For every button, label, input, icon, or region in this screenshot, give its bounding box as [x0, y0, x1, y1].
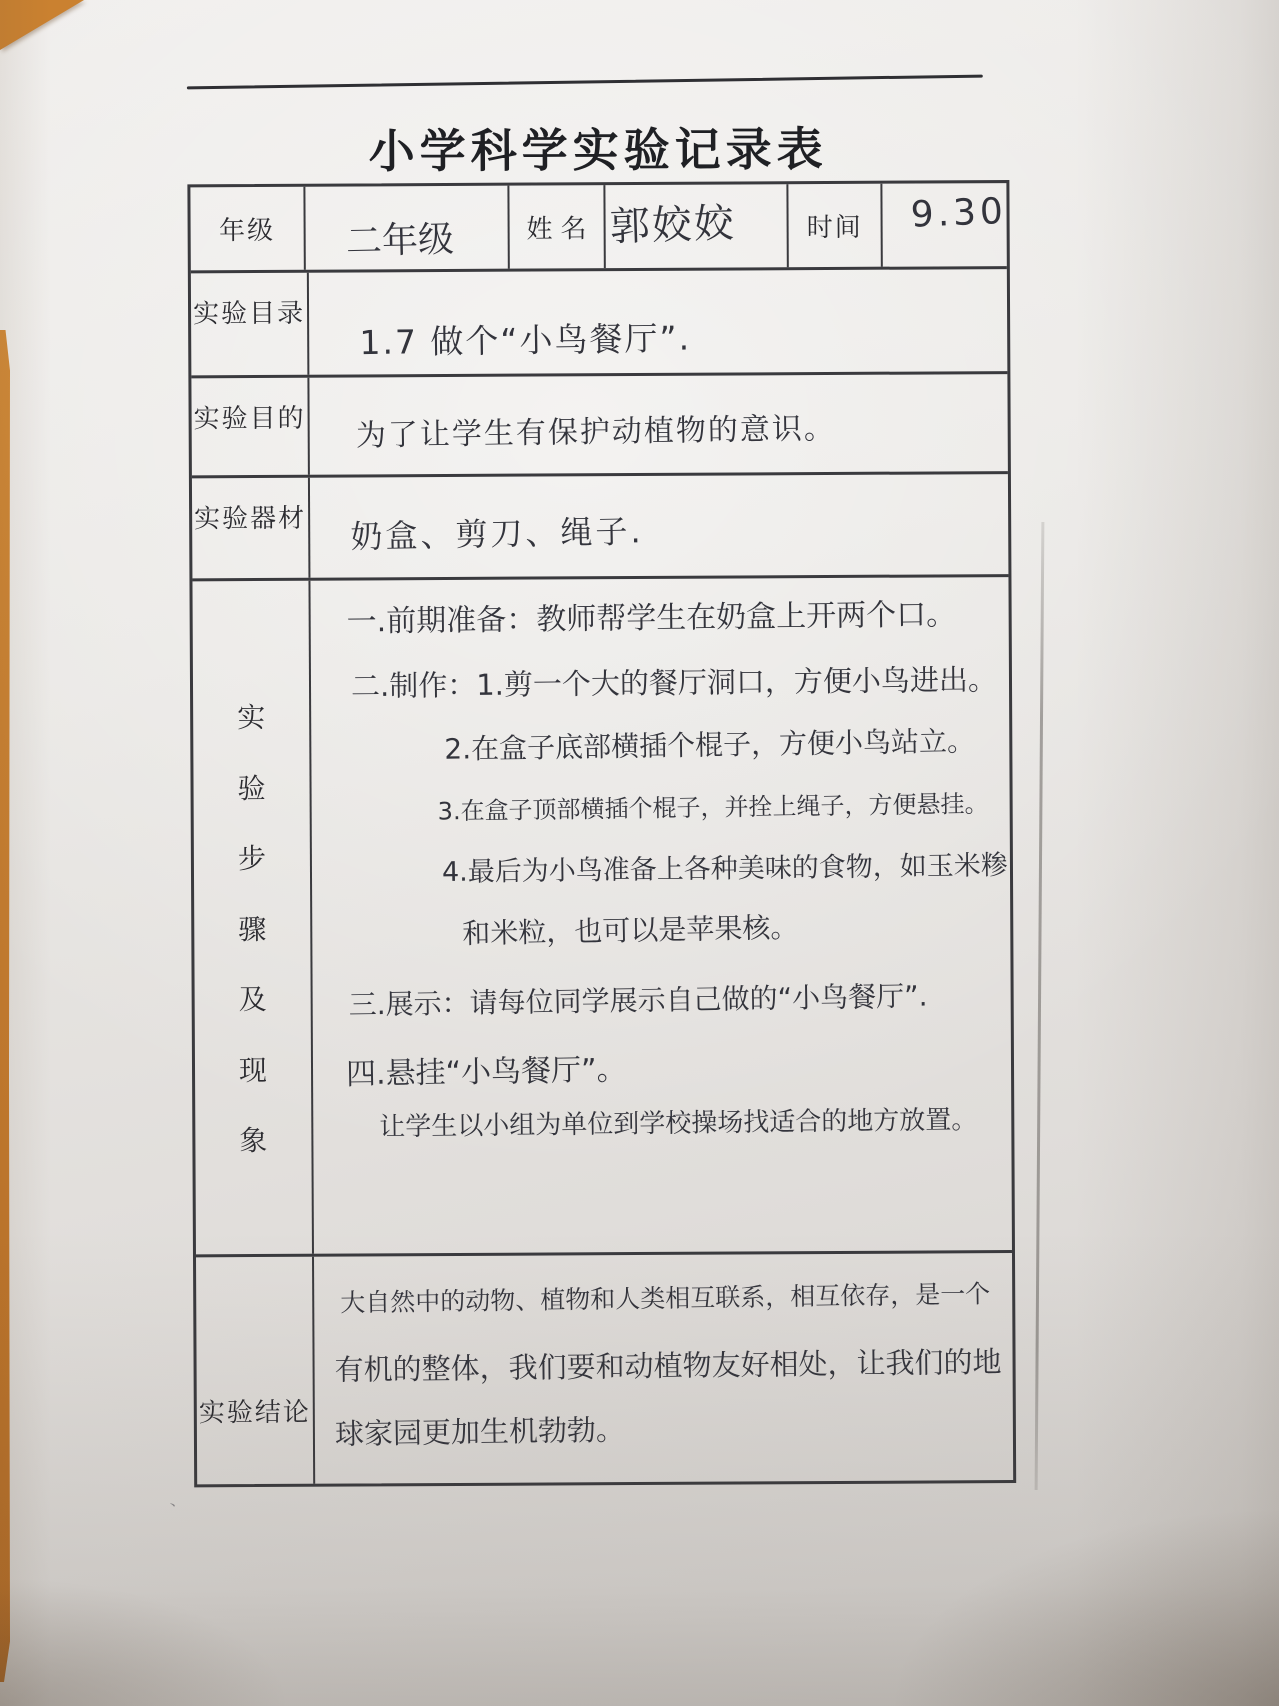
step-line: 4.最后为小鸟准备上各种美味的食物，如玉米糁 [442, 849, 1008, 890]
steps-label-char: 步 [238, 837, 266, 877]
time-value-cell: 9.30 [882, 183, 1007, 267]
conclusion-line: 有机的整体，我们要和动植物友好相处，让我们的地 [334, 1344, 1001, 1390]
steps-content-cell: 一.前期准备：教师帮学生在奶盒上开两个口。 二.制作：1.剪一个大的餐厅洞口，方… [310, 577, 1012, 1254]
conclusion-label-cell: 实验结论 [196, 1257, 315, 1485]
step-line: 让学生以小组为单位到学校操场找适合的地方放置。 [379, 1104, 977, 1144]
materials-value-cell: 奶盒、剪刀、绳子. [310, 474, 1009, 578]
materials-label-cell: 实验器材 [192, 478, 311, 579]
conclusion-line: 大自然中的动物、植物和人类相互联系，相互依存，是一个 [340, 1278, 990, 1320]
grade-label-cell: 年级 [190, 187, 305, 271]
conclusion-row: 实验结论 大自然中的动物、植物和人类相互联系，相互依存，是一个 有机的整体，我们… [196, 1253, 1013, 1484]
steps-label-char: 实 [237, 696, 265, 736]
name-label-cell: 姓名 [510, 185, 606, 268]
purpose-handwritten-value: 为了让学生有保护动植物的意识。 [309, 370, 1008, 455]
conclusion-line: 球家园更加生机勃勃。 [335, 1412, 626, 1454]
grade-value-cell: 二年级 [305, 186, 510, 270]
steps-label-cell: 实 验 步 骤 及 现 象 [192, 581, 314, 1255]
info-row: 年级 二年级 姓名 郭姣姣 时间 9.30 [190, 183, 1006, 273]
name-handwritten-value: 郭姣姣 [604, 182, 788, 253]
grade-handwritten-value: 二年级 [305, 184, 509, 266]
ink-smudge: 、 [166, 1485, 187, 1511]
page-title: 小学科学实验记录表 [187, 112, 1009, 182]
steps-row: 实 验 步 骤 及 现 象 一.前期准备：教师帮学生在奶盒上开两个口。 二.制作… [192, 577, 1012, 1257]
step-line: 一.前期准备：教师帮学生在奶盒上开两个口。 [346, 596, 956, 641]
catalog-value-cell: 1.7 做个“小鸟餐厅”. [309, 269, 1008, 375]
step-line: 四.悬挂“小鸟餐厅”。 [346, 1051, 627, 1093]
time-handwritten-value: 9.30 [881, 181, 1007, 237]
steps-label-char: 骤 [238, 907, 266, 947]
top-rule-line [187, 75, 983, 90]
step-line: 3.在盒子顶部横插个棍子，并拴上绳子，方便悬挂。 [437, 789, 988, 827]
steps-label-char: 象 [239, 1119, 267, 1159]
purpose-row: 实验目的 为了让学生有保护动植物的意识。 [191, 374, 1008, 478]
document-page: 小学科学实验记录表 年级 二年级 姓名 郭姣姣 时间 9.30 实验目录 1.7… [0, 0, 1279, 1706]
conclusion-content-cell: 大自然中的动物、植物和人类相互联系，相互依存，是一个 有机的整体，我们要和动植物… [314, 1253, 1013, 1484]
steps-label-char: 验 [237, 766, 265, 806]
step-line: 和米粒，也可以是苹果核。 [462, 910, 799, 951]
catalog-row: 实验目录 1.7 做个“小鸟餐厅”. [191, 269, 1008, 378]
steps-label-char: 现 [239, 1048, 267, 1088]
materials-row: 实验器材 奶盒、剪刀、绳子. [192, 474, 1009, 581]
purpose-value-cell: 为了让学生有保护动植物的意识。 [309, 374, 1007, 475]
materials-handwritten-value: 奶盒、剪刀、绳子. [309, 469, 1008, 558]
steps-label-char: 及 [239, 978, 267, 1018]
record-table: 年级 二年级 姓名 郭姣姣 时间 9.30 实验目录 1.7 做个“小鸟餐厅”.… [187, 180, 1016, 1487]
purpose-label-cell: 实验目的 [191, 378, 310, 476]
catalog-label-cell: 实验目录 [191, 273, 310, 376]
catalog-handwritten-value: 1.7 做个“小鸟餐厅”. [308, 266, 1007, 365]
step-line: 三.展示：请每位同学展示自己做的“小鸟餐厅”. [348, 978, 927, 1022]
time-label-cell: 时间 [789, 184, 883, 267]
name-value-cell: 郭姣姣 [605, 184, 789, 268]
step-line: 二.制作：1.剪一个大的餐厅洞口，方便小鸟进出。 [351, 661, 997, 704]
step-line: 2.在盒子底部横插个棍子，方便小鸟站立。 [444, 723, 975, 766]
